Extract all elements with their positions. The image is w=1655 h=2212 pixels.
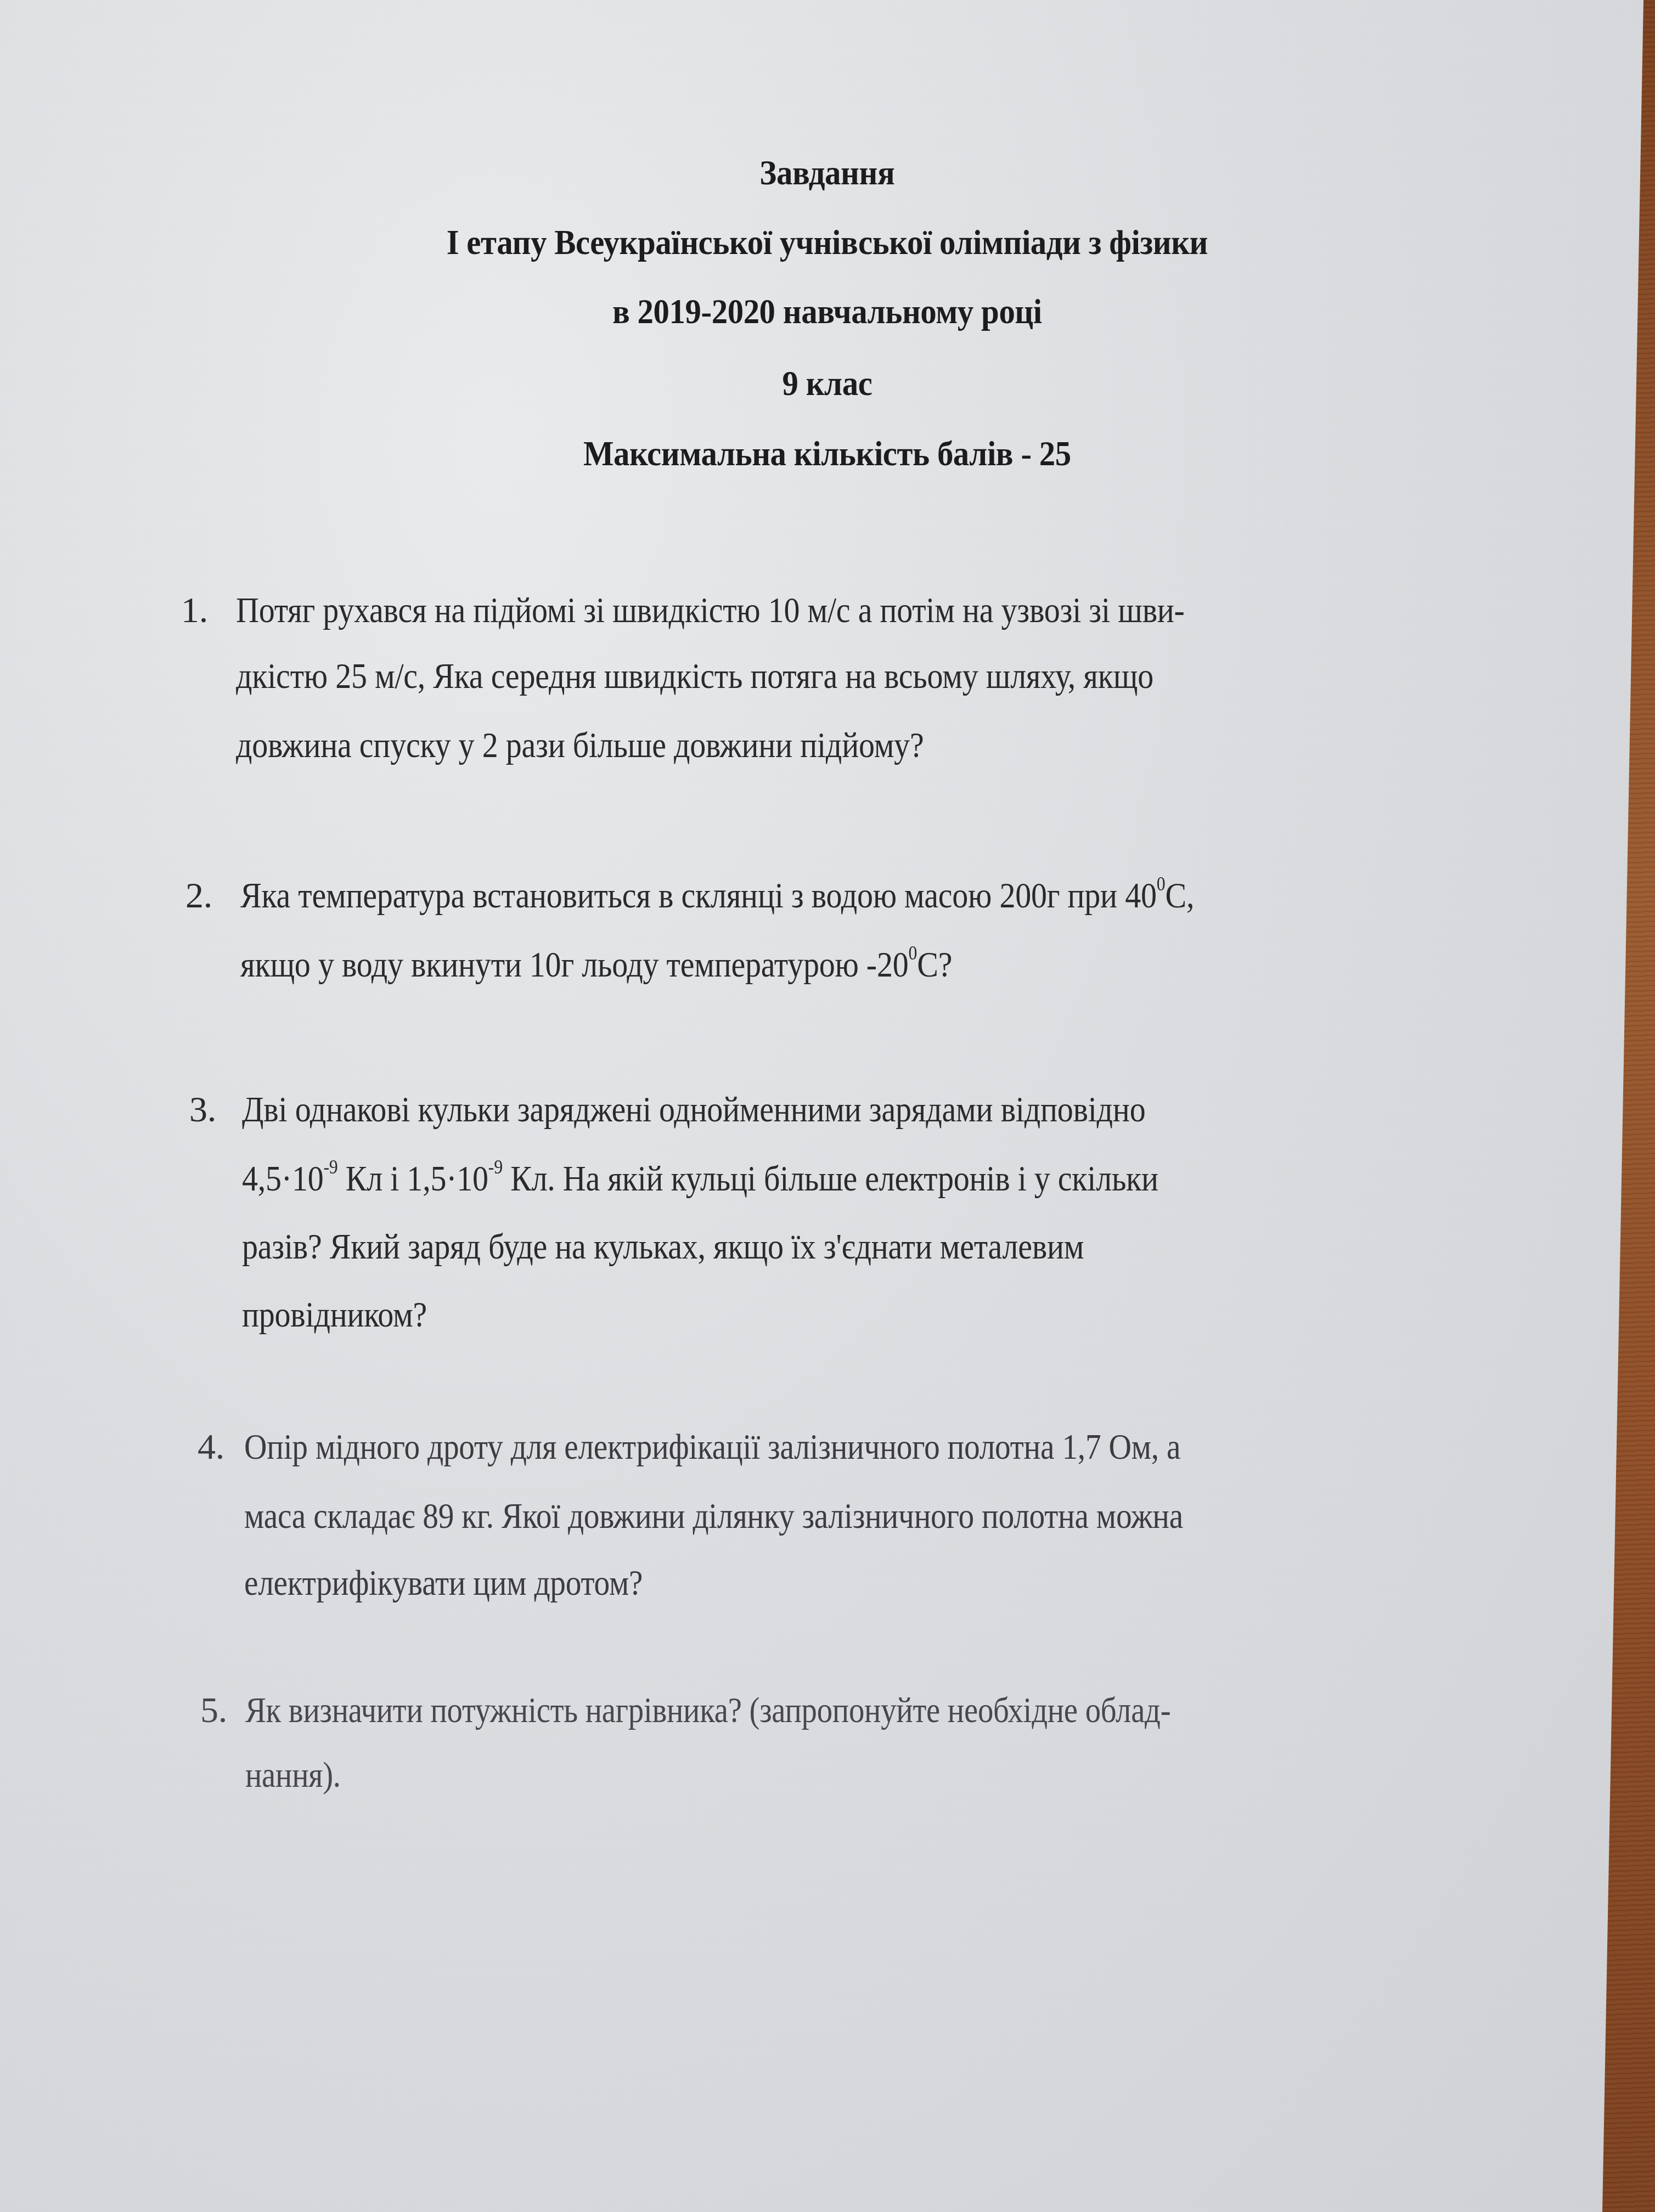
- question-line: Як визначити потужність нагрівника? (зап…: [245, 1692, 1170, 1729]
- question-line: маса складає 89 кг. Якої довжини ділянку…: [244, 1498, 1183, 1534]
- question-line: дкістю 25 м/с, Яка середня швидкість пот…: [236, 658, 1153, 695]
- question-line: Яка температура встановиться в склянці з…: [240, 878, 1194, 914]
- header-year: в 2019-2020 навчальному році: [66, 294, 1589, 329]
- question-number: 5.: [200, 1692, 227, 1729]
- question-line: 4,5·10-9 Кл і 1,5·10-9 Кл. На якій кульц…: [242, 1161, 1158, 1197]
- question-line: Опір мідного дроту для електрифікації за…: [244, 1429, 1180, 1465]
- question-line: Дві однакові кульки заряджені однойменни…: [242, 1092, 1145, 1128]
- question-number: 4.: [198, 1429, 224, 1465]
- question-number: 2.: [185, 878, 212, 914]
- question-number: 1.: [181, 592, 208, 629]
- header-grade: 9 клас: [66, 366, 1589, 401]
- question-line: довжина спуску у 2 рази більше довжини п…: [236, 727, 924, 764]
- question-number: 3.: [189, 1092, 216, 1128]
- question-line: провідником?: [242, 1297, 427, 1333]
- question-line: разів? Який заряд буде на кульках, якщо …: [242, 1229, 1084, 1265]
- question-line: електрифікувати цим дротом?: [244, 1565, 643, 1601]
- question-line: Потяг рухався на підйомі зі швидкістю 10…: [236, 592, 1185, 629]
- header-title: Завдання: [66, 155, 1589, 190]
- header-max-points: Максимальна кількість балів - 25: [66, 436, 1589, 471]
- question-line: нання).: [245, 1757, 341, 1793]
- header-subtitle: І етапу Всеукраїнської учнівської олімпі…: [66, 225, 1589, 260]
- question-line: якщо у воду вкинути 10г льоду температур…: [240, 947, 952, 983]
